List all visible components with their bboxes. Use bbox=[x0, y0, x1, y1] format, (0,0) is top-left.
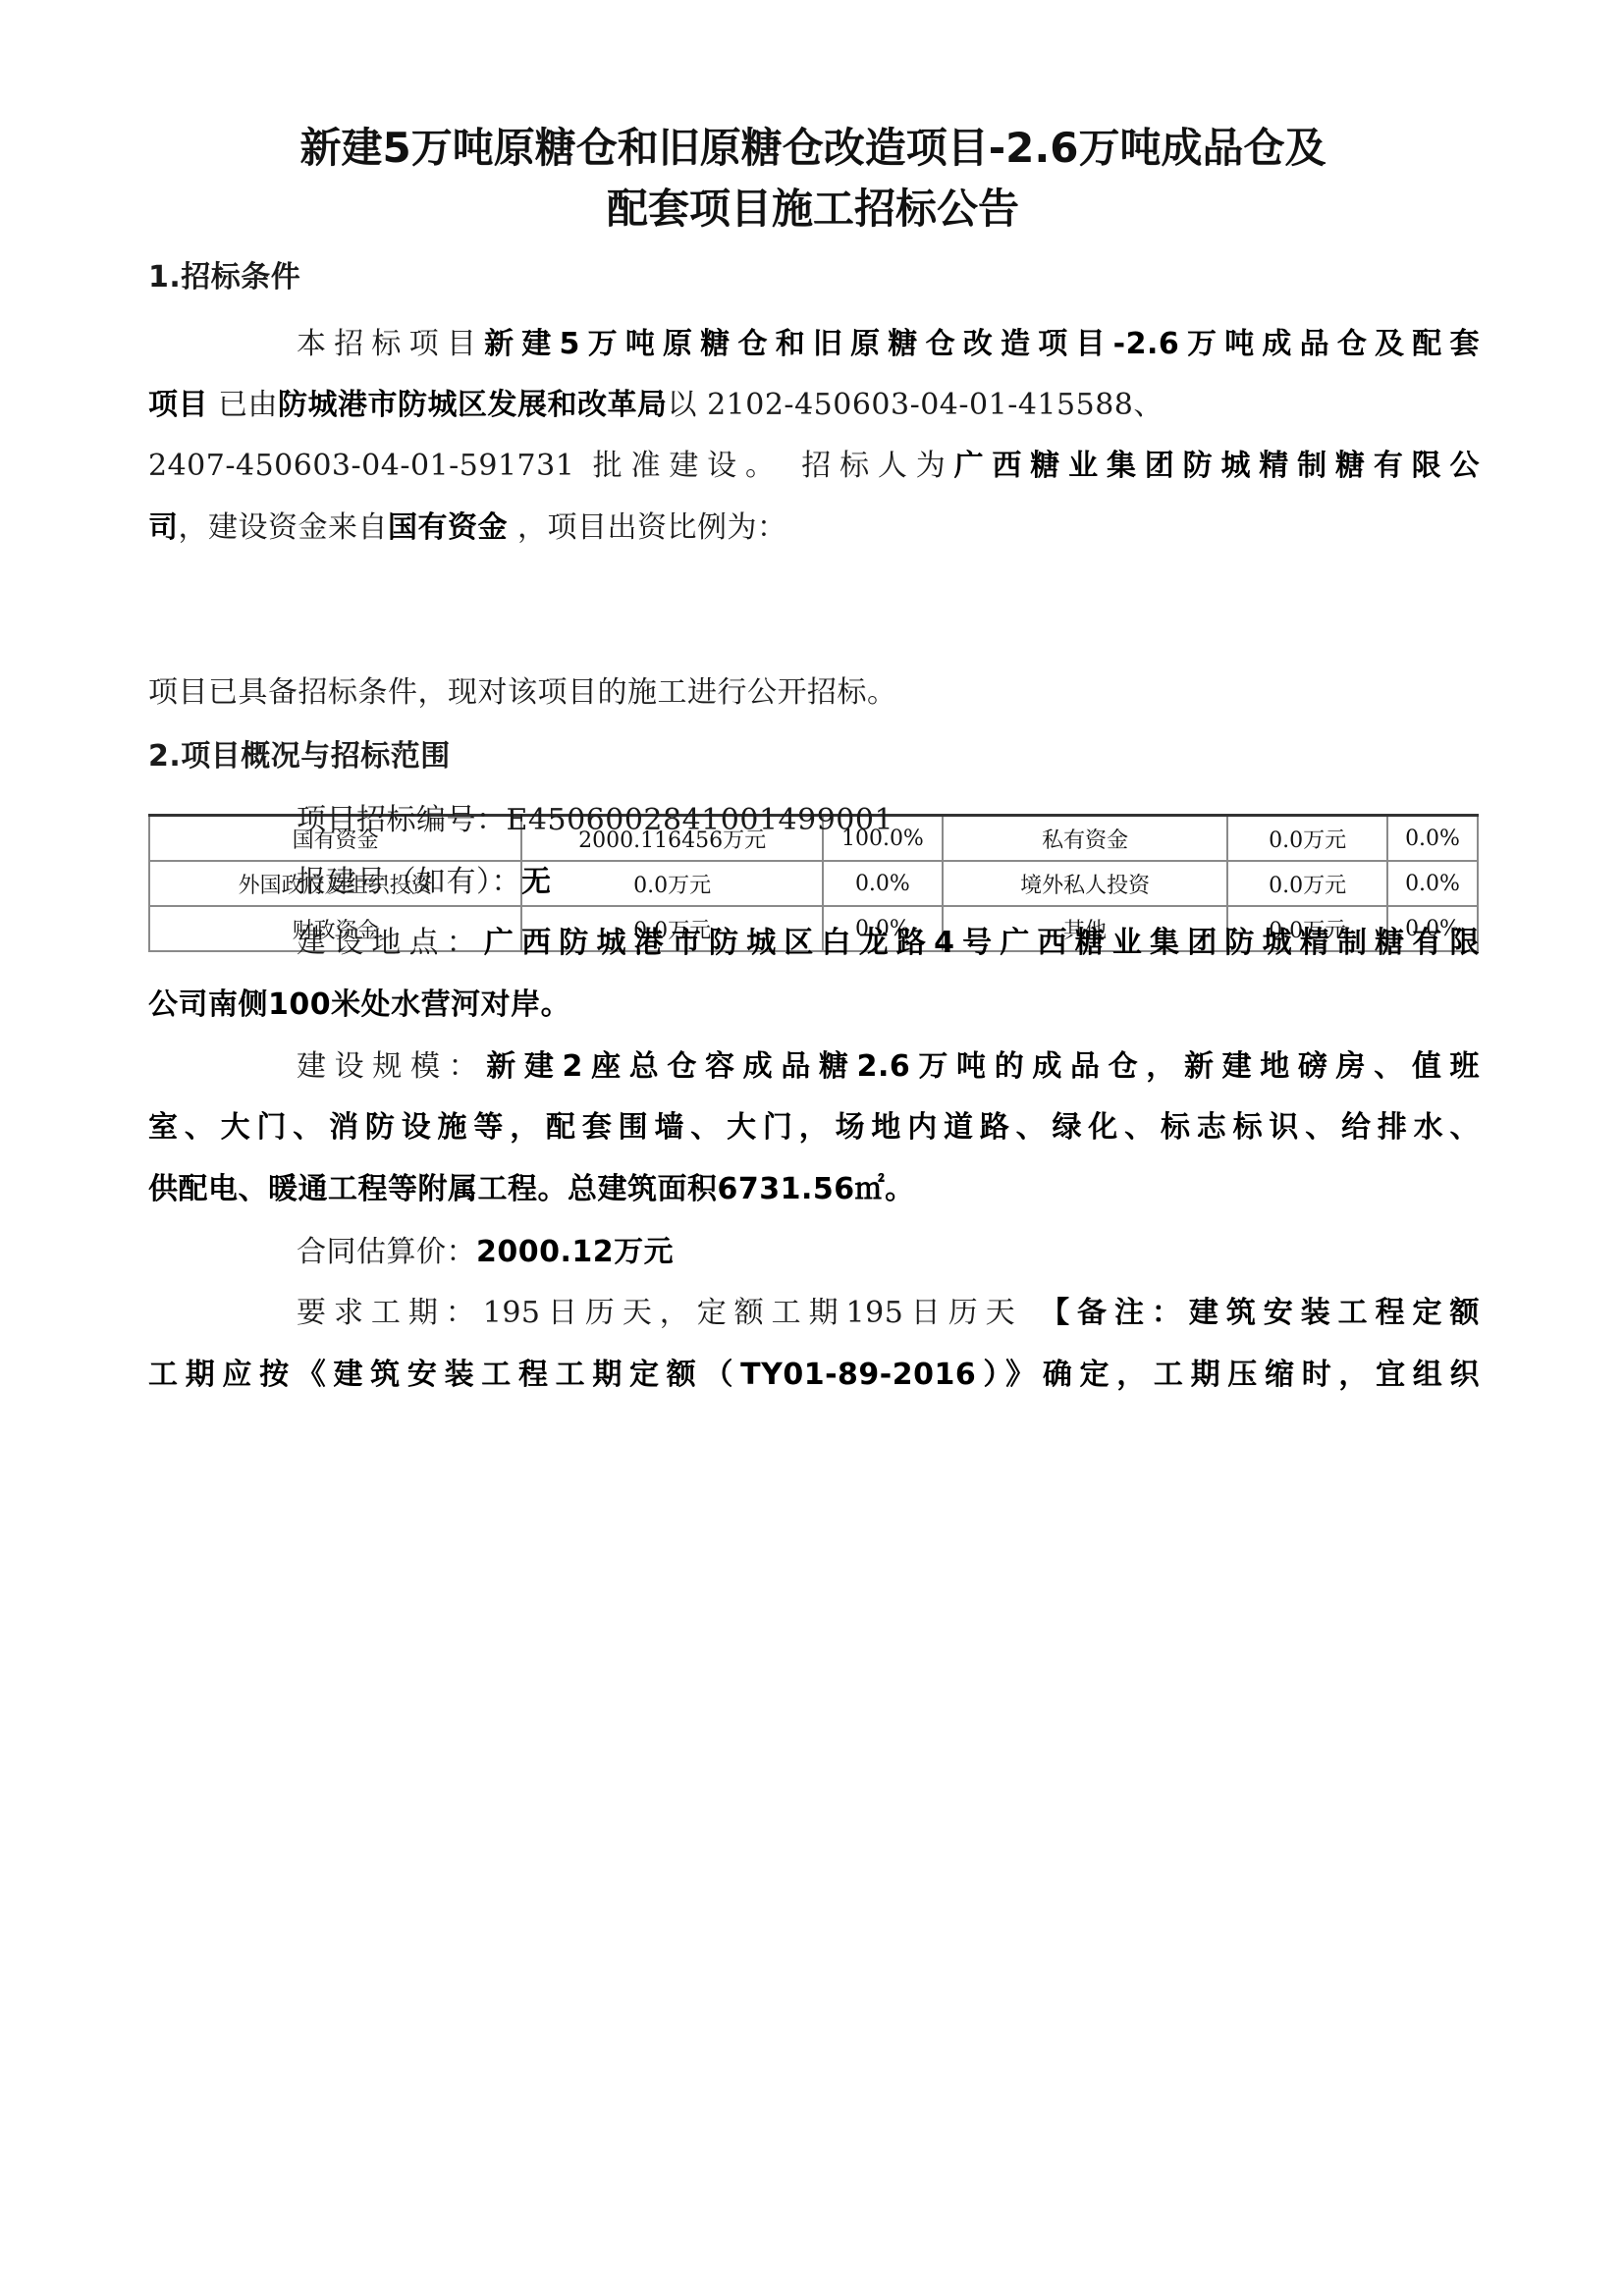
section-1-para-line-3: 2407-450603-04-01-591731 批准建设。 招标人为广西糖业集… bbox=[148, 436, 1480, 497]
location-line-1: 建设地点：广西防城港市防城区白龙路4号广西糖业集团防城精制糖有限 bbox=[148, 913, 1480, 974]
price-line: 合同估算价：2000.12万元 bbox=[148, 1222, 1480, 1283]
bid-number: E4506002841001499001 bbox=[507, 803, 894, 837]
text: ，建设资金来自 bbox=[179, 510, 389, 545]
scale-line-3: 供配电、暖通工程等附属工程。总建筑面积6731.56㎡。 bbox=[148, 1159, 1480, 1220]
fund-source: 国有资金 bbox=[388, 510, 508, 545]
period-line-1: 要求工期：195日历天，定额工期195日历天 【备注：建筑安装工程定额 bbox=[148, 1283, 1480, 1344]
scale-line-1: 建设规模：新建2座总仓容成品糖2.6万吨的成品仓，新建地磅房、值班 bbox=[148, 1037, 1480, 1097]
label: 合同估算价： bbox=[297, 1235, 476, 1269]
tenderer-name: 广西糖业集团防城精制糖有限公 bbox=[954, 449, 1480, 483]
location-line-2: 公司南侧100米处水营河对岸。 bbox=[148, 975, 1480, 1036]
bid-number-line: 项目招标编号：E4506002841001499001 bbox=[148, 790, 1480, 851]
label: 要求工期： bbox=[297, 1296, 483, 1330]
permit-line: 报建号（如有）：无 bbox=[148, 852, 1480, 913]
permit-value: 无 bbox=[521, 865, 552, 899]
label: 项目招标编号： bbox=[297, 803, 507, 837]
period-value: 195日历天，定额工期195日历天 bbox=[483, 1296, 1040, 1330]
text: ，项目出资比例为： bbox=[508, 510, 787, 545]
period-line-2: 工期应按《建筑安装工程工期定额（TY01-89-2016）》确定，工期压缩时，宜… bbox=[148, 1345, 1480, 1406]
scale-value: 新建2座总仓容成品糖2.6万吨的成品仓，新建地磅房、值班 bbox=[486, 1049, 1480, 1084]
period-note: 【备注：建筑安装工程定额 bbox=[1040, 1296, 1480, 1330]
price-value: 2000.12万元 bbox=[476, 1235, 674, 1269]
section-1-para-line-1: 本招标项目新建5万吨原糖仓和旧原糖仓改造项目-2.6万吨成品仓及配套 bbox=[148, 314, 1480, 375]
text: 以 2102-450603-04-01-415588、 bbox=[668, 388, 1164, 422]
section-1-heading: 1.招标条件 bbox=[148, 247, 1480, 308]
label: 报建号（如有）： bbox=[297, 865, 521, 899]
section-1-para-line-2: 项目 已由防城港市防城区发展和改革局以 2102-450603-04-01-41… bbox=[148, 375, 1480, 436]
approval-authority: 防城港市防城区发展和改革局 bbox=[278, 388, 668, 422]
location-value: 广西防城港市防城区白龙路4号广西糖业集团防城精制糖有限 bbox=[484, 926, 1480, 960]
section-2-heading: 2.项目概况与招标范围 bbox=[148, 726, 1480, 787]
scale-line-2: 室、大门、消防设施等，配套围墙、大门，场地内道路、绿化、标志标识、给排水、 bbox=[148, 1097, 1480, 1158]
text: 已由 bbox=[208, 388, 278, 422]
tenderer-name-end: 司 bbox=[148, 510, 179, 545]
document-title-line-1: 新建5万吨原糖仓和旧原糖仓改造项目-2.6万吨成品仓及 bbox=[147, 118, 1479, 179]
project-name-end: 项目 bbox=[148, 388, 208, 422]
project-name: 新建5万吨原糖仓和旧原糖仓改造项目-2.6万吨成品仓及配套 bbox=[484, 327, 1480, 361]
document-page: 新建5万吨原糖仓和旧原糖仓改造项目-2.6万吨成品仓及 配套项目施工招标公告 1… bbox=[0, 0, 1624, 2296]
text: 2407-450603-04-01-591731 批准建设。 招标人为 bbox=[148, 449, 954, 483]
document-title-line-2: 配套项目施工招标公告 bbox=[147, 179, 1479, 240]
label: 建设地点： bbox=[297, 926, 484, 960]
section-1-para-line-4: 司，建设资金来自国有资金 ，项目出资比例为： bbox=[148, 498, 1480, 559]
section-1-closing: 项目已具备招标条件，现对该项目的施工进行公开招标。 bbox=[148, 663, 1480, 723]
text: 本招标项目 bbox=[297, 327, 484, 361]
label: 建设规模： bbox=[297, 1049, 486, 1084]
